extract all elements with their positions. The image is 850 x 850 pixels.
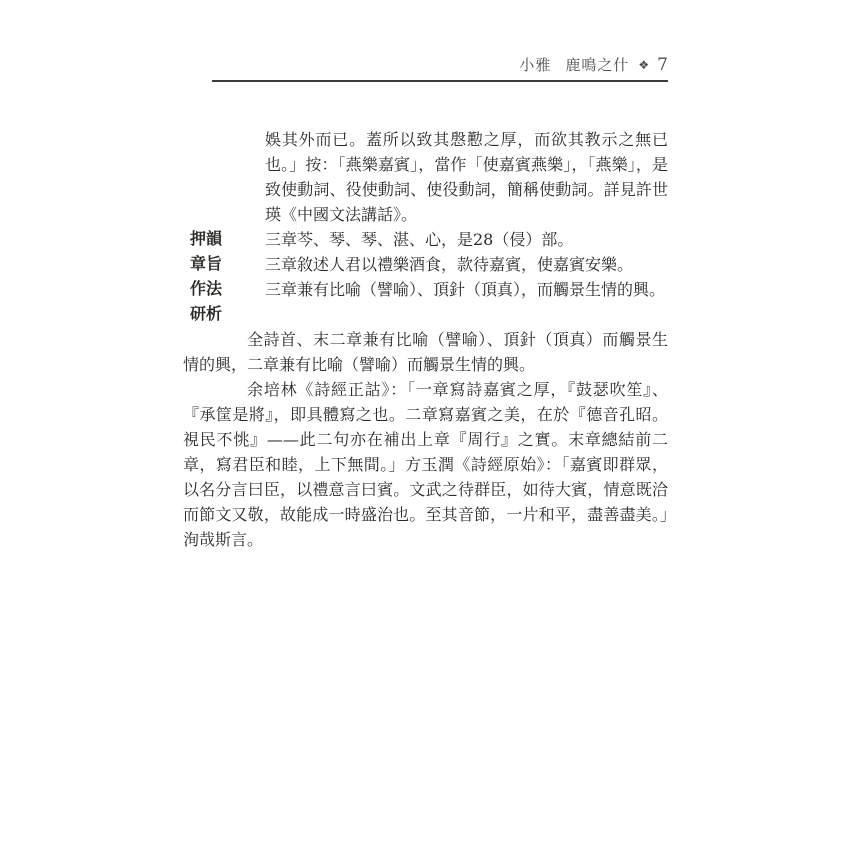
analysis-paragraph-1: 全詩首、末二章兼有比喻（譬喻）、頂針（頂真）而觸景生情的興，二章兼有比喻（譬喻）… [183, 327, 668, 377]
header-section-title: 小雅 [519, 56, 551, 74]
header-chapter-title: 鹿鳴之什 [565, 56, 629, 74]
entry-text-chapter-purport: 三章敘述人君以禮樂酒食，款待嘉賓，使嘉賓安樂。 [265, 252, 668, 277]
book-page: 小雅鹿鳴之什❖7 娛其外而已。蓋所以致其慇懃之厚，而欲其教示之無已也。」按：「燕… [0, 0, 850, 850]
analysis-paragraph-2: 余培林《詩經正詁》：「一章寫詩嘉賓之厚，『鼓瑟吹笙』、『承筐是將』，即具體寫之也… [183, 377, 668, 552]
header-rule-divider [212, 80, 668, 82]
continuation-paragraph: 娛其外而已。蓋所以致其慇懃之厚，而欲其教示之無已也。」按：「燕樂嘉賓」，當作「使… [265, 127, 668, 227]
entry-row-technique: 作法 三章兼有比喻（譬喻）、頂針（頂真），而觸景生情的興。 [183, 277, 668, 302]
running-header: 小雅鹿鳴之什❖7 [212, 54, 668, 82]
page-number: 7 [657, 55, 668, 75]
florette-icon: ❖ [638, 54, 650, 76]
entry-label-rhyme: 押韻 [183, 227, 265, 252]
entry-label-technique: 作法 [183, 277, 265, 302]
entry-label-chapter-purport: 章旨 [183, 252, 265, 277]
running-header-text: 小雅鹿鳴之什❖7 [212, 54, 668, 77]
entry-row-chapter-purport: 章旨 三章敘述人君以禮樂酒食，款待嘉賓，使嘉賓安樂。 [183, 252, 668, 277]
analysis-section-heading: 研析 [183, 302, 668, 327]
entry-text-technique: 三章兼有比喻（譬喻）、頂針（頂真），而觸景生情的興。 [265, 277, 668, 302]
page-body: 娛其外而已。蓋所以致其慇懃之厚，而欲其教示之無已也。」按：「燕樂嘉賓」，當作「使… [183, 127, 668, 552]
entry-row-rhyme: 押韻 三章芩、琴、琴、湛、心，是28（侵）部。 [183, 227, 668, 252]
entry-text-rhyme: 三章芩、琴、琴、湛、心，是28（侵）部。 [265, 227, 668, 252]
